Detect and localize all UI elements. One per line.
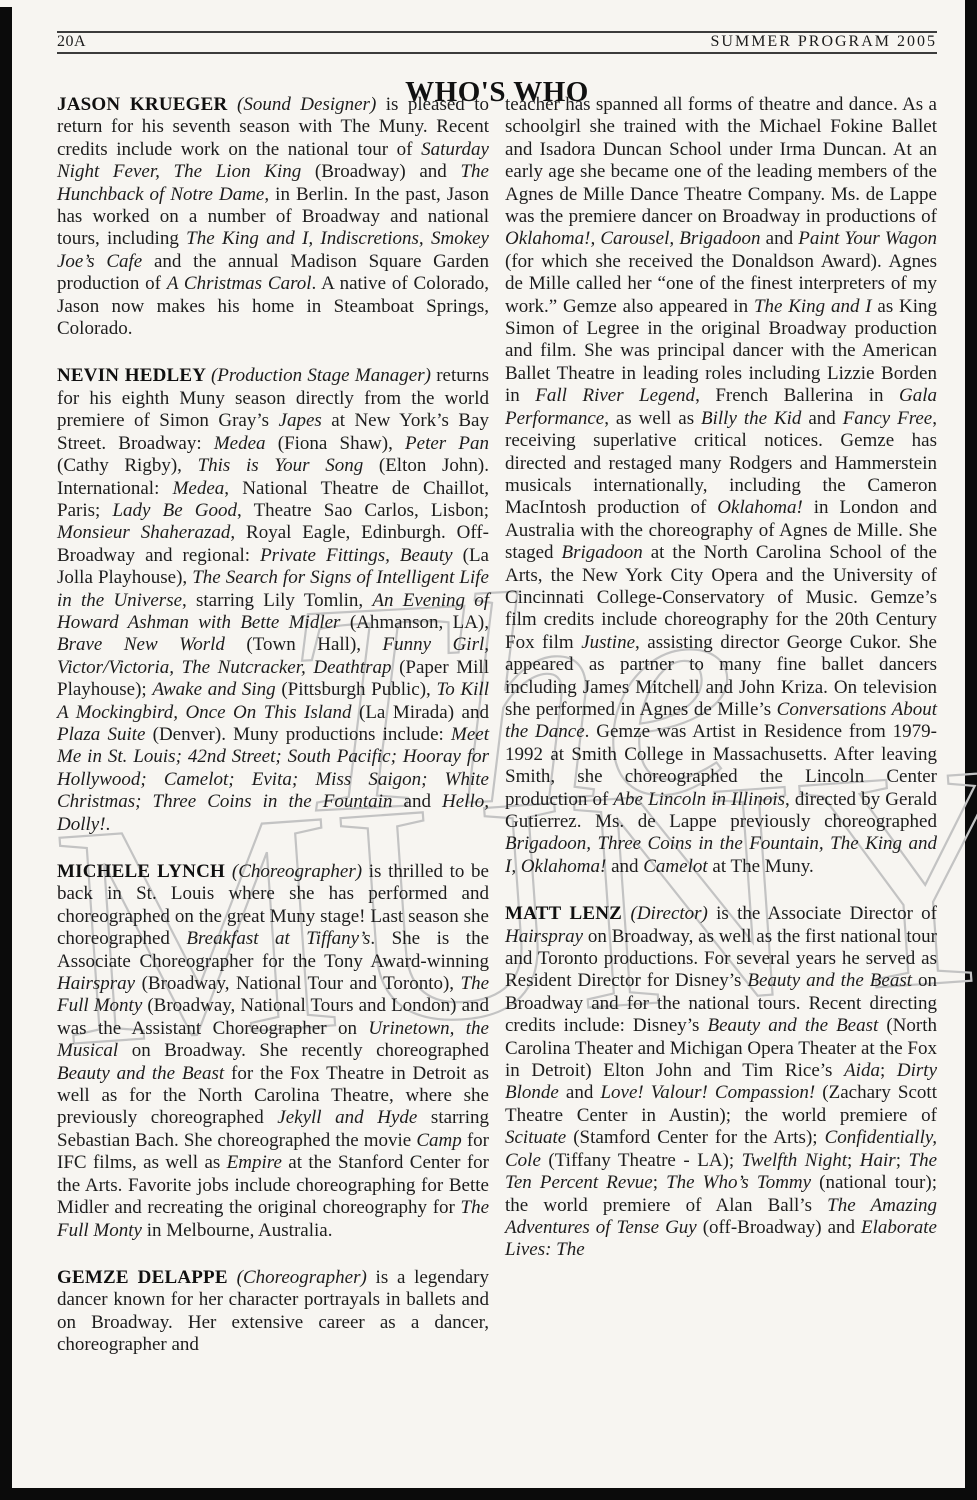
jason-krueger-bio: JASON KRUEGER (Sound Designer) is please… <box>57 94 489 340</box>
left-column: JASON KRUEGER (Sound Designer) is please… <box>57 94 489 1382</box>
header-rule-bottom <box>57 52 937 54</box>
right-column: teacher has spanned all forms of theatre… <box>505 94 937 1382</box>
scan-edge-left <box>0 7 12 1500</box>
matt-lenz-bio: MATT LENZ (Director) is the Associate Di… <box>505 903 937 1262</box>
program-title: SUMMER PROGRAM 2005 <box>711 33 937 51</box>
gemze-delappe-bio-start: GEMZE DELAPPE (Choreographer) is a legen… <box>57 1267 489 1357</box>
michele-lynch-bio: MICHELE LYNCH (Choreographer) is thrille… <box>57 861 489 1242</box>
running-header: 20A SUMMER PROGRAM 2005 <box>57 33 937 51</box>
nevin-hedley-bio: NEVIN HEDLEY (Production Stage Manager) … <box>57 365 489 836</box>
gemze-delappe-bio-continued: teacher has spanned all forms of theatre… <box>505 94 937 878</box>
bio-columns: JASON KRUEGER (Sound Designer) is please… <box>57 94 937 1382</box>
scan-edge-right <box>965 0 977 1500</box>
page-number: 20A <box>57 33 86 51</box>
program-page: The MUNY 20A SUMMER PROGRAM 2005 WHO'S W… <box>0 0 977 1500</box>
scan-edge-bottom <box>0 1488 977 1500</box>
